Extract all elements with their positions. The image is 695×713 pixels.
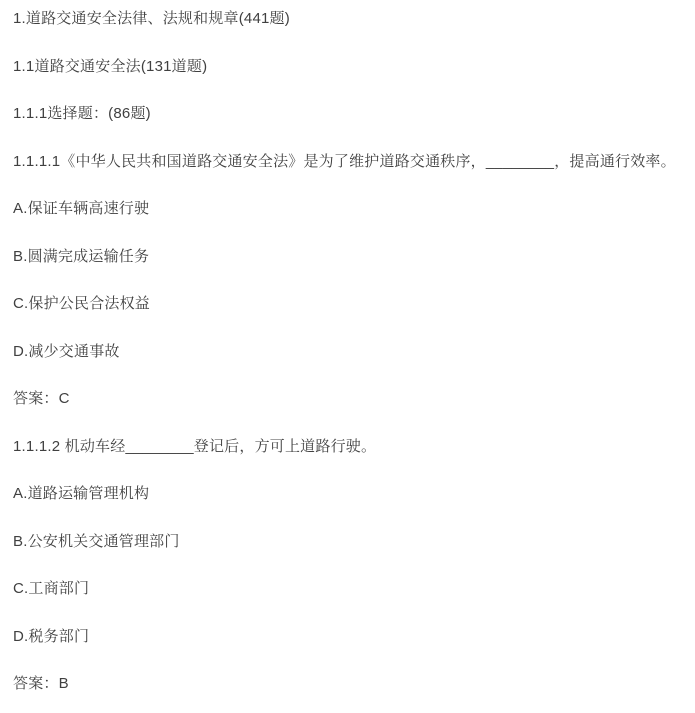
question-2-option-b: B.公安机关交通管理部门	[13, 518, 693, 566]
question-2-option-a: A.道路运输管理机构	[13, 470, 693, 518]
question-1-answer: 答案：C	[13, 375, 693, 423]
section-heading: 1.1道路交通安全法(131道题)	[13, 43, 693, 91]
question-bank-document: 1.道路交通安全法律、法规和规章(441题) 1.1道路交通安全法(131道题)…	[0, 0, 695, 708]
question-1-option-b: B.圆满完成运输任务	[13, 233, 693, 281]
question-1-option-a: A.保证车辆高速行驶	[13, 185, 693, 233]
question-2-text: 1.1.1.2 机动车经________登记后，方可上道路行驶。	[13, 423, 693, 471]
question-1-text: 1.1.1.1《中华人民共和国道路交通安全法》是为了维护道路交通秩序，_____…	[13, 138, 693, 186]
question-2-option-c: C.工商部门	[13, 565, 693, 613]
question-2-answer: 答案：B	[13, 660, 693, 708]
question-1-option-d: D.减少交通事故	[13, 328, 693, 376]
question-1-option-c: C.保护公民合法权益	[13, 280, 693, 328]
subsection-heading: 1.1.1选择题：(86题)	[13, 90, 693, 138]
chapter-heading: 1.道路交通安全法律、法规和规章(441题)	[13, 0, 693, 43]
question-2-option-d: D.税务部门	[13, 613, 693, 661]
